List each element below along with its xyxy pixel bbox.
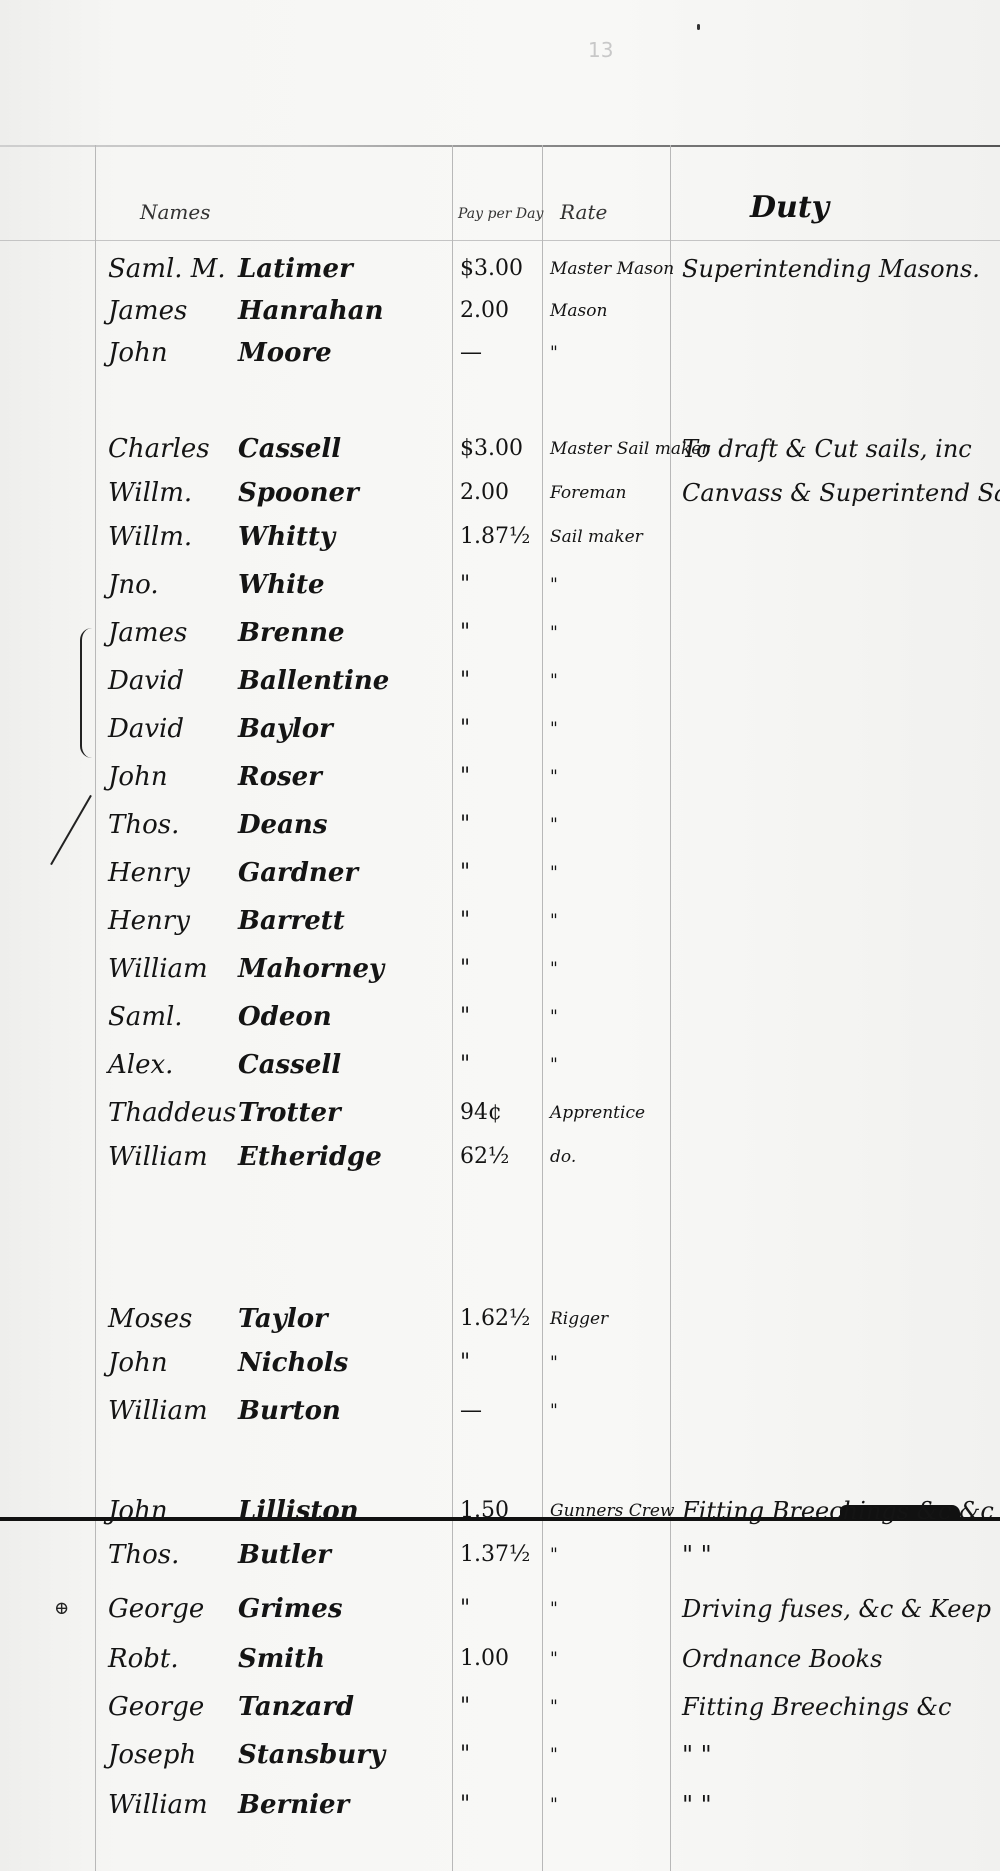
ledger-row: JosephStansbury""" ": [0, 1736, 1000, 1774]
ledger-row: MosesTaylor1.62½Rigger: [0, 1300, 1000, 1338]
last-name: Smith: [238, 1644, 325, 1674]
first-name: David: [108, 666, 184, 696]
first-name: George: [108, 1594, 204, 1624]
pay-per-day: —: [460, 1396, 482, 1426]
pay-per-day: ": [460, 570, 470, 600]
pay-per-day: ": [460, 1740, 470, 1770]
pay-per-day: ": [460, 1002, 470, 1032]
last-name: Nichols: [238, 1348, 348, 1378]
first-name: George: [108, 1692, 204, 1722]
rate: ": [550, 570, 558, 600]
first-name: William: [108, 954, 208, 984]
last-name: Hanrahan: [238, 296, 384, 326]
first-name: Thaddeus: [108, 1098, 236, 1128]
last-name: Roser: [238, 762, 322, 792]
pay-per-day: 2.00: [460, 296, 509, 326]
last-name: Etheridge: [238, 1142, 382, 1172]
ledger-row: DavidBallentine"": [0, 662, 1000, 700]
ledger-row: CharlesCassell$3.00Master Sail makerTo d…: [0, 430, 1000, 468]
last-name: Gardner: [238, 858, 358, 888]
ink-dot: [697, 24, 700, 30]
ledger-row: JohnLilliston1.50Gunners CrewFitting Bre…: [0, 1492, 1000, 1530]
ledger-row: Willm.Whitty1.87½Sail maker: [0, 518, 1000, 556]
ledger-row: Saml.Odeon"": [0, 998, 1000, 1036]
circled-cross-marker-icon: ⊕: [54, 1598, 69, 1619]
pay-per-day: 62½: [460, 1142, 509, 1172]
ledger-row: GeorgeTanzard""Fitting Breechings &c: [0, 1688, 1000, 1726]
last-name: Cassell: [238, 434, 341, 464]
pay-per-day: ": [460, 954, 470, 984]
pay-per-day: ": [460, 762, 470, 792]
rate: do.: [550, 1142, 576, 1172]
first-name: Robt.: [108, 1644, 179, 1674]
ledger-row: JamesHanrahan2.00Mason: [0, 292, 1000, 330]
ledger-row: Thos.Butler1.37½"" ": [0, 1536, 1000, 1574]
last-name: Trotter: [238, 1098, 341, 1128]
header-rule: [0, 240, 1000, 241]
ledger-row: ThaddeusTrotter94¢Apprentice: [0, 1094, 1000, 1132]
rate: Rigger: [550, 1304, 608, 1334]
rate: ": [550, 810, 558, 840]
rate: ": [550, 1790, 558, 1820]
last-name: White: [238, 570, 325, 600]
rate: ": [550, 762, 558, 792]
first-name: Thos.: [108, 810, 179, 840]
duty: Canvass & Superintend Sa: [682, 478, 1000, 508]
first-name: Joseph: [108, 1740, 196, 1770]
duty: Driving fuses, &c & Keep: [682, 1594, 991, 1624]
last-name: Lilliston: [238, 1496, 359, 1526]
ledger-row: Jno.White"": [0, 566, 1000, 604]
pay-per-day: $3.00: [460, 434, 523, 464]
pay-per-day: ": [460, 810, 470, 840]
first-name: Saml.: [108, 1002, 183, 1032]
last-name: Brenne: [238, 618, 345, 648]
first-name: Alex.: [108, 1050, 173, 1080]
last-name: Bernier: [238, 1790, 349, 1820]
last-name: Latimer: [238, 254, 353, 284]
last-name: Tanzard: [238, 1692, 354, 1722]
rate: ": [550, 1740, 558, 1770]
last-name: Moore: [238, 338, 332, 368]
duty: To draft & Cut sails, inc: [682, 434, 972, 464]
pay-per-day: 2.00: [460, 478, 509, 508]
pay-per-day: ": [460, 714, 470, 744]
pay-per-day: ": [460, 1348, 470, 1378]
pay-per-day: ": [460, 1692, 470, 1722]
rate: ": [550, 714, 558, 744]
rate: ": [550, 1050, 558, 1080]
pay-per-day: ": [460, 1050, 470, 1080]
top-rule: [0, 145, 1000, 147]
pay-per-day: ": [460, 906, 470, 936]
ledger-row: Willm.Spooner2.00ForemanCanvass & Superi…: [0, 474, 1000, 512]
folio-mark: 13: [588, 38, 613, 62]
ledger-row: JohnRoser"": [0, 758, 1000, 796]
ledger-row: JohnMoore—": [0, 334, 1000, 372]
last-name: Burton: [238, 1396, 341, 1426]
last-name: Ballentine: [238, 666, 389, 696]
column-header-names: Names: [140, 200, 211, 224]
rate: ": [550, 1692, 558, 1722]
pay-per-day: —: [460, 338, 482, 368]
rate: ": [550, 1002, 558, 1032]
first-name: Thos.: [108, 1540, 179, 1570]
rate: ": [550, 906, 558, 936]
rate: ": [550, 954, 558, 984]
first-name: John: [108, 1496, 168, 1526]
ledger-row: DavidBaylor"": [0, 710, 1000, 748]
first-name: Willm.: [108, 478, 192, 508]
duty: Ordnance Books: [682, 1644, 882, 1674]
pay-per-day: 1.00: [460, 1644, 509, 1674]
ledger-row: WilliamMahorney"": [0, 950, 1000, 988]
rate: ": [550, 1594, 558, 1624]
first-name: Henry: [108, 858, 190, 888]
ledger-page: 13 Names Pay per Day Rate Duty Saml. M.L…: [0, 0, 1000, 1871]
rate: Master Mason: [550, 254, 674, 284]
first-name: Moses: [108, 1304, 192, 1334]
rate: Gunners Crew: [550, 1496, 675, 1526]
ledger-row: HenryBarrett"": [0, 902, 1000, 940]
ledger-row: JamesBrenne"": [0, 614, 1000, 652]
first-name: James: [108, 296, 187, 326]
first-name: John: [108, 338, 168, 368]
ledger-row: Alex.Cassell"": [0, 1046, 1000, 1084]
duty: " ": [682, 1740, 712, 1770]
pay-per-day: 94¢: [460, 1098, 502, 1128]
last-name: Whitty: [238, 522, 335, 552]
last-name: Cassell: [238, 1050, 341, 1080]
ledger-row: Saml. M.Latimer$3.00Master MasonSuperint…: [0, 250, 1000, 288]
last-name: Barrett: [238, 906, 345, 936]
first-name: Charles: [108, 434, 210, 464]
ledger-row: Robt.Smith1.00"Ordnance Books: [0, 1640, 1000, 1678]
first-name: Henry: [108, 906, 190, 936]
rate: Sail maker: [550, 522, 643, 552]
last-name: Taylor: [238, 1304, 328, 1334]
first-name: William: [108, 1396, 208, 1426]
rate: ": [550, 1396, 558, 1426]
rate: ": [550, 1540, 558, 1570]
duty: Superintending Masons.: [682, 254, 980, 284]
first-name: Saml. M.: [108, 254, 226, 284]
rate: ": [550, 1348, 558, 1378]
duty: " ": [682, 1790, 712, 1820]
first-name: John: [108, 762, 168, 792]
column-header-duty: Duty: [750, 190, 829, 225]
first-name: Willm.: [108, 522, 192, 552]
ledger-row: JohnNichols"": [0, 1344, 1000, 1382]
pay-per-day: ": [460, 618, 470, 648]
last-name: Stansbury: [238, 1740, 385, 1770]
first-name: Jno.: [108, 570, 159, 600]
last-name: Mahorney: [238, 954, 384, 984]
rate: Apprentice: [550, 1098, 645, 1128]
ledger-row: WilliamEtheridge62½do.: [0, 1138, 1000, 1176]
ledger-row: WilliamBurton—": [0, 1392, 1000, 1430]
column-header-pay: Pay per Day: [458, 206, 543, 222]
last-name: Deans: [238, 810, 327, 840]
pay-per-day: ": [460, 1790, 470, 1820]
rate: ": [550, 1644, 558, 1674]
duty: Fitting Breechings &c &c: [682, 1496, 994, 1526]
duty: " ": [682, 1540, 712, 1570]
ledger-row: GeorgeGrimes""Driving fuses, &c & Keep⊕: [0, 1590, 1000, 1628]
first-name: David: [108, 714, 184, 744]
ledger-row: HenryGardner"": [0, 854, 1000, 892]
pay-per-day: ": [460, 858, 470, 888]
pay-per-day: 1.62½: [460, 1304, 530, 1334]
column-header-rate: Rate: [560, 200, 607, 224]
first-name: James: [108, 618, 187, 648]
rate: Mason: [550, 296, 607, 326]
ledger-row: WilliamBernier""" ": [0, 1786, 1000, 1824]
rate: ": [550, 666, 558, 696]
pay-per-day: 1.37½: [460, 1540, 530, 1570]
last-name: Butler: [238, 1540, 331, 1570]
rate: ": [550, 618, 558, 648]
last-name: Grimes: [238, 1594, 342, 1624]
pay-per-day: $3.00: [460, 254, 523, 284]
first-name: John: [108, 1348, 168, 1378]
pay-per-day: 1.87½: [460, 522, 530, 552]
last-name: Spooner: [238, 478, 359, 508]
rate: Foreman: [550, 478, 627, 508]
last-name: Baylor: [238, 714, 333, 744]
rate: ": [550, 858, 558, 888]
first-name: William: [108, 1142, 208, 1172]
pay-per-day: ": [460, 666, 470, 696]
last-name: Odeon: [238, 1002, 332, 1032]
first-name: William: [108, 1790, 208, 1820]
pay-per-day: 1.50: [460, 1496, 509, 1526]
pay-per-day: ": [460, 1594, 470, 1624]
duty: Fitting Breechings &c: [682, 1692, 951, 1722]
ledger-row: Thos.Deans"": [0, 806, 1000, 844]
rate: ": [550, 338, 558, 368]
